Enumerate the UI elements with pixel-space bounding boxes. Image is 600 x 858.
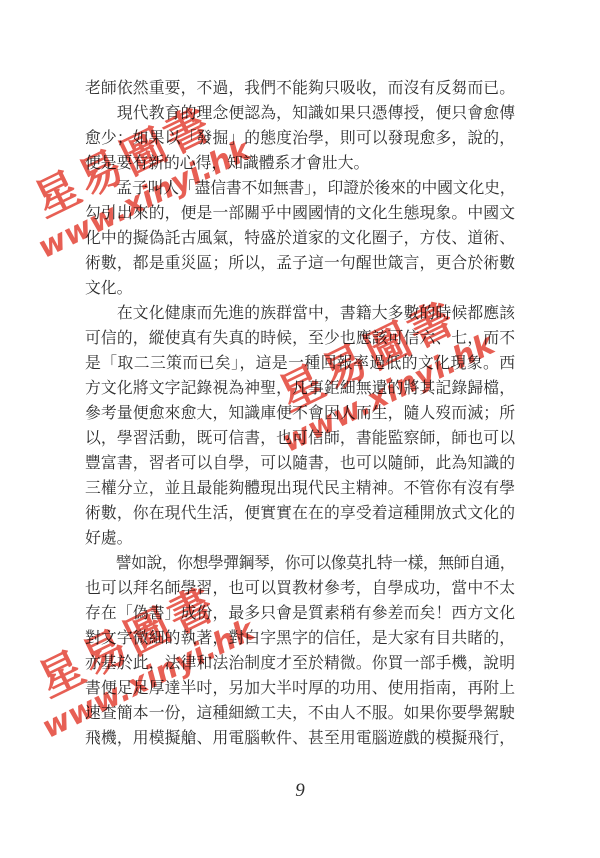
text-line: 在文化健康而先進的族群當中，書籍大多數的時候都應該 <box>85 301 515 326</box>
text-line: 速查簡本一份，這種細緻工夫，不由人不服。如果你要學駕駛 <box>85 701 515 726</box>
book-page: 老師依然重要，不過，我們不能夠只吸收，而沒有反芻而已。 現代教育的理念便認為，知… <box>0 0 600 858</box>
text-line: 存在「偽書」成份，最多只會是質素稍有參差而矣！西方文化 <box>85 601 515 626</box>
page-number: 9 <box>85 780 515 802</box>
text-line: 化中的擬偽託古風氣，特盛於道家的文化圈子，方伎、道術、 <box>85 226 515 251</box>
text-line: 參考量便愈來愈大，知識庫便不會因人而生，隨人歿而滅；所 <box>85 401 515 426</box>
text-line: 譬如說，你想學彈鋼琴，你可以像莫扎特一樣，無師自通， <box>85 551 515 576</box>
text-line: 可信的，縱使真有失真的時候，至少也應該可信六、七，而不 <box>85 326 515 351</box>
text-line: 老師依然重要，不過，我們不能夠只吸收，而沒有反芻而已。 <box>85 76 515 101</box>
text-line: 也可以拜名師學習，也可以買教材參考，自學成功，當中不太 <box>85 576 515 601</box>
text-line: 豐富書，習者可以自學，可以隨書，也可以隨師，此為知識的 <box>85 451 515 476</box>
text-line: 勾引出來的，便是一部關乎中國國情的文化生態現象。中國文 <box>85 201 515 226</box>
text-line: 對文字微細的執著，對白字黑字的信任，是大家有目共睹的， <box>85 626 515 651</box>
text-line: 書便足足厚達半吋，另加大半吋厚的功用、使用指南，再附上 <box>85 676 515 701</box>
text-block: 老師依然重要，不過，我們不能夠只吸收，而沒有反芻而已。 現代教育的理念便認為，知… <box>85 76 515 751</box>
text-line: 飛機，用模擬艙、用電腦軟件、甚至用電腦遊戲的模擬飛行， <box>85 726 515 751</box>
text-line: 孟子叫人「盡信書不如無書」，印證於後來的中國文化史， <box>85 176 515 201</box>
text-line: 便是要有新的心得，知識體系才會壯大。 <box>85 151 515 176</box>
text-line: 三權分立，並且最能夠體現出現代民主精神。不管你有沒有學 <box>85 476 515 501</box>
text-line: 方文化將文字記錄視為神聖，凡事鉅細無遺的將其記錄歸檔， <box>85 376 515 401</box>
text-line: 亦基於此，法律和法治制度才至於精微。你買一部手機，說明 <box>85 651 515 676</box>
text-line: 以，學習活動，既可信書，也可信師，書能監察師，師也可以 <box>85 426 515 451</box>
text-line: 文化。 <box>85 276 515 301</box>
text-line: 現代教育的理念便認為，知識如果只憑傳授，便只會愈傳 <box>85 101 515 126</box>
text-line: 術數，都是重災區；所以，孟子這一句醒世箴言，更合於術數 <box>85 251 515 276</box>
text-line: 愈少；如果以「發掘」的態度治學，則可以發現愈多，說的， <box>85 126 515 151</box>
text-line: 術數，你在現代生活，便實實在在的享受着這種開放式文化的 <box>85 501 515 526</box>
text-line: 是「取二三策而已矣」，這是一種回報率過低的文化現象。西 <box>85 351 515 376</box>
text-line: 好處。 <box>85 526 515 551</box>
